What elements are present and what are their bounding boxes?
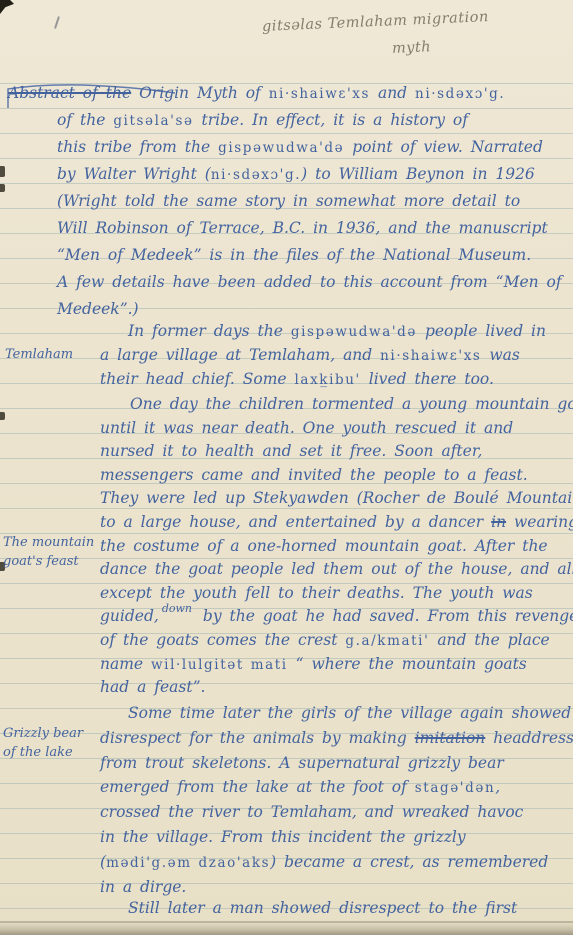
manuscript-line: from trout skeletons. A supernatural gri… (100, 754, 573, 779)
phonetic-transcription: g.a/kmati' (345, 633, 429, 649)
handwritten-text: “ where the mountain goats (288, 655, 527, 673)
handwritten-text: the costume of a one-horned mountain goa… (100, 537, 548, 555)
paragraph-mountain-goats-feast: One day the children tormented a young m… (100, 395, 573, 702)
paragraph-temlaham-village: In former days the gispəwudwa'də people … (100, 322, 546, 394)
stray-pen-mark (54, 16, 60, 29)
manuscript-line: emerged from the lake at the foot of sta… (100, 778, 573, 803)
handwritten-text: this tribe from the (57, 138, 218, 156)
handwritten-text: “Men of Medeek” is in the files of the N… (57, 246, 531, 264)
handwritten-text: headdresses (485, 729, 573, 747)
handwritten-text: a large village at Temlaham, and (100, 346, 380, 364)
handwritten-text: nursed it to health and set it free. Soo… (100, 442, 482, 460)
margin-note-line: The mountain (3, 533, 94, 552)
scan-edge-mark (0, 166, 5, 177)
handwritten-text: tribe. In effect, it is a history of (194, 111, 468, 129)
manuscript-line: nursed it to health and set it free. Soo… (100, 442, 573, 466)
manuscript-line: until it was near death. One youth rescu… (100, 419, 573, 443)
handwritten-text: until it was near death. One youth rescu… (100, 419, 513, 437)
margin-note-goats-feast: The mountain goat's feast (3, 533, 94, 571)
phonetic-transcription: gitsəla'sə (113, 113, 193, 129)
handwritten-text: from trout skeletons. A supernatural gri… (100, 754, 504, 772)
handwritten-text: lived there too. (361, 370, 494, 388)
handwritten-text: of the (57, 111, 113, 129)
inserted-word: down (162, 602, 192, 615)
handwritten-text: of the goats comes the crest (100, 631, 345, 649)
manuscript-line: of the goats comes the crest g.a/kmati' … (100, 631, 573, 655)
manuscript-line: Some time later the girls of the village… (100, 704, 573, 729)
handwritten-text: point of view. Narrated (344, 138, 543, 156)
manuscript-line: A few details have been added to this ac… (57, 273, 562, 300)
handwritten-text: to a large house, and entertained by a d… (100, 513, 491, 531)
manuscript-line: guided,down by the goat he had saved. Fr… (100, 607, 573, 631)
manuscript-line: the costume of a one-horned mountain goa… (100, 537, 573, 561)
struck-out-text: in (491, 513, 506, 531)
handwritten-text: and the place (429, 631, 549, 649)
phonetic-transcription: stagə'dən (415, 780, 495, 796)
manuscript-line: name wil·lulgitət mati “ where the mount… (100, 655, 573, 679)
margin-note-line: Grizzly bear (3, 724, 83, 743)
phonetic-transcription: laxk̲ibu' (295, 372, 361, 388)
struck-out-text: Abstract of the (8, 84, 131, 102)
pencil-title-note: gitsəlas Temlaham migration (262, 9, 489, 35)
handwritten-text: emerged from the lake at the foot of (100, 778, 415, 796)
manuscript-line: by Walter Wright (ni·sdəxɔ'g.) to Willia… (57, 165, 562, 192)
margin-note-line: goat's feast (3, 552, 94, 571)
handwritten-text: people lived in (417, 322, 546, 340)
handwritten-text: guided, (100, 607, 159, 625)
phonetic-transcription: ni·sdəxɔ'g. (211, 167, 301, 183)
manuscript-line: In former days the gispəwudwa'də people … (100, 322, 546, 346)
pencil-title-note-line2: myth (392, 39, 432, 57)
handwritten-text: ) to William Beynon in 1926 (301, 165, 535, 183)
paragraph-intro-abstract: Abstract of the Origin Myth of ni·shaiwɛ… (57, 84, 562, 327)
handwritten-text: A few details have been added to this ac… (57, 273, 562, 291)
manuscript-line: had a feast”. (100, 678, 573, 702)
manuscript-line: (Wright told the same story in somewhat … (57, 192, 562, 219)
handwritten-text: Origin Myth of (131, 84, 269, 102)
handwritten-text: Still later a man showed disrespect to t… (128, 899, 517, 917)
phonetic-transcription: gispəwudwa'də (291, 324, 417, 340)
manuscript-line: Will Robinson of Terrace, B.C. in 1936, … (57, 219, 562, 246)
manuscript-line: dance the goat people led them out of th… (100, 560, 573, 584)
margin-note-line: of the lake (3, 743, 83, 762)
scan-edge-mark (0, 412, 5, 420)
phonetic-transcription: wil·lulgitət mati (151, 657, 288, 673)
handwritten-text: Will Robinson of Terrace, B.C. in 1936, … (57, 219, 548, 237)
handwritten-text: had a feast”. (100, 678, 205, 696)
handwritten-text: Medeek”.) (57, 300, 139, 318)
paragraph-grizzly-bear: Some time later the girls of the village… (100, 704, 573, 902)
margin-note-grizzly: Grizzly bear of the lake (3, 724, 83, 762)
handwritten-text: in a dirge. (100, 878, 186, 896)
handwritten-text: was (481, 346, 519, 364)
manuscript-line: of the gitsəla'sə tribe. In effect, it i… (57, 111, 562, 138)
handwritten-text: dance the goat people led them out of th… (100, 560, 573, 578)
manuscript-line: to a large house, and entertained by a d… (100, 513, 573, 537)
phonetic-transcription: ni·shaiwɛ'xs (269, 86, 370, 102)
handwritten-text: wearing (506, 513, 573, 531)
handwritten-text: messengers came and invited the people t… (100, 466, 528, 484)
manuscript-line: a large village at Temlaham, and ni·shai… (100, 346, 546, 370)
struck-out-text: imitation (415, 729, 486, 747)
handwritten-text: by Walter Wright ( (57, 165, 211, 183)
handwritten-text: disrespect for the animals by making (100, 729, 415, 747)
manuscript-line: disrespect for the animals by making imi… (100, 729, 573, 754)
manuscript-line: this tribe from the gispəwudwa'də point … (57, 138, 562, 165)
handwritten-text: ) became a crest, as remembered (270, 853, 548, 871)
handwritten-text: , (495, 778, 500, 796)
handwritten-text: except the youth fell to their deaths. T… (100, 584, 533, 602)
manuscript-page: gitsəlas Temlaham migration myth Abstrac… (0, 0, 573, 935)
handwritten-text: and (370, 84, 415, 102)
phonetic-transcription: mədi'g.əm dzao'aks (106, 855, 270, 871)
handwritten-text: name (100, 655, 151, 673)
handwritten-text: crossed the river to Temlaham, and wreak… (100, 803, 523, 821)
handwritten-text: In former days the (128, 322, 291, 340)
handwritten-text: Some time later the girls of the village… (128, 704, 571, 722)
margin-note-temlaham: Temlaham (5, 345, 73, 364)
manuscript-line: messengers came and invited the people t… (100, 466, 573, 490)
manuscript-line: in the village. From this incident the g… (100, 828, 573, 853)
manuscript-line: their head chief. Some laxk̲ibu' lived t… (100, 370, 546, 394)
handwritten-text: (Wright told the same story in somewhat … (57, 192, 520, 210)
manuscript-line: “Men of Medeek” is in the files of the N… (57, 246, 562, 273)
handwritten-text: in the village. From this incident the g… (100, 828, 466, 846)
manuscript-line: They were led up Stekyawden (Rocher de B… (100, 489, 573, 513)
phonetic-transcription: ni·shaiwɛ'xs (380, 348, 481, 364)
manuscript-line: One day the children tormented a young m… (100, 395, 573, 419)
handwritten-text: by the goat he had saved. From this reve… (195, 607, 573, 625)
scan-edge-mark (0, 184, 5, 192)
phonetic-transcription: gispəwudwa'də (218, 140, 344, 156)
manuscript-line: Abstract of the Origin Myth of ni·shaiwɛ… (8, 84, 562, 111)
manuscript-line: crossed the river to Temlaham, and wreak… (100, 803, 573, 828)
manuscript-line: (mədi'g.əm dzao'aks) became a crest, as … (100, 853, 573, 878)
handwritten-text: their head chief. Some (100, 370, 295, 388)
scan-edge-shadow (0, 922, 573, 935)
phonetic-transcription: ni·sdəxɔ'g. (415, 86, 505, 102)
handwritten-text: One day the children tormented a young m… (130, 395, 573, 413)
handwritten-text: They were led up Stekyawden (Rocher de B… (100, 489, 573, 507)
scan-corner-mark (0, 0, 14, 14)
